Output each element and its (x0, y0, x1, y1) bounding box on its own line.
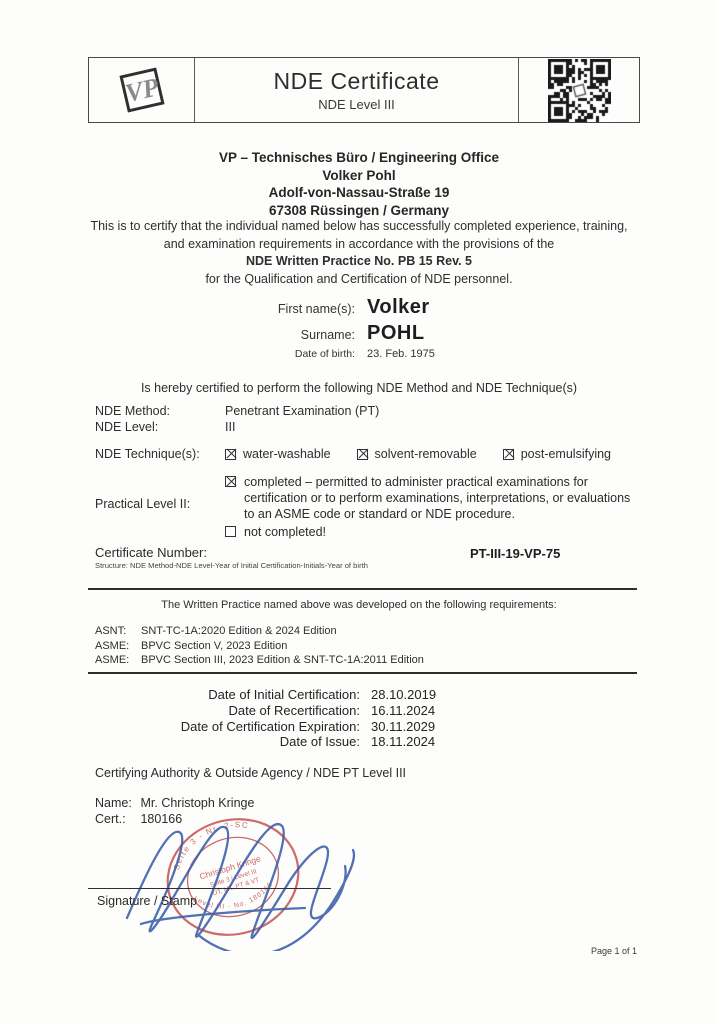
qr-code-icon (548, 59, 611, 122)
date-value: 18.11.2024 (371, 734, 435, 750)
requirement-row: ASME: BPVC Section V, 2023 Edition (95, 639, 424, 654)
practical-completed-item: completed – permitted to administer prac… (225, 474, 640, 522)
signature-line (88, 888, 331, 889)
practical-completed-text: completed – permitted to administer prac… (244, 474, 640, 522)
document-title: NDE Certificate (274, 68, 440, 95)
signature-stamp-label: Signature / Stamp (97, 894, 197, 908)
handwritten-signature (105, 806, 395, 951)
practical-not-completed-item: not completed! (225, 524, 640, 540)
nde-level-label: NDE Level: (95, 420, 225, 434)
certifying-authority-heading: Certifying Authority & Outside Agency / … (95, 766, 406, 780)
nde-level-value: III (225, 420, 235, 434)
date-label: Date of Issue: (0, 734, 360, 750)
first-name-label: First name(s): (0, 302, 355, 316)
issuer-line: Volker Pohl (0, 167, 718, 185)
dates-block: Date of Initial Certification: 28.10.201… (0, 687, 436, 750)
checkbox-icon (225, 476, 236, 487)
certificate-number-note: Structure: NDE Method-NDE Level-Year of … (95, 561, 368, 570)
issuer-address: VP – Technisches Büro / Engineering Offi… (0, 149, 718, 219)
date-value: 16.11.2024 (371, 703, 435, 719)
practical-level-label: Practical Level II: (95, 497, 190, 511)
date-label: Date of Initial Certification: (0, 687, 360, 703)
nde-technique-row: NDE Technique(s): water-washable solvent… (95, 447, 611, 461)
issuer-line: VP – Technisches Büro / Engineering Offi… (0, 149, 718, 167)
checkbox-icon (357, 449, 368, 460)
requirement-text: SNT-TC-1A:2020 Edition & 2024 Edition (141, 624, 337, 639)
date-initial-certification-row: Date of Initial Certification: 28.10.201… (0, 687, 436, 703)
certificate-number-label: Certificate Number: (95, 545, 207, 560)
vp-logo-icon: VP (116, 64, 168, 116)
first-name-row: First name(s): Volker (0, 296, 718, 319)
dob-row: Date of birth: 23. Feb. 1975 (0, 348, 718, 360)
dob-value: 23. Feb. 1975 (367, 348, 435, 360)
written-practice-ref: NDE Written Practice No. PB 15 Rev. 5 (0, 253, 718, 271)
nde-technique-label: NDE Technique(s): (95, 447, 225, 461)
technique-water-washable: water-washable (225, 447, 331, 461)
technique-solvent-removable: solvent-removable (357, 447, 477, 461)
certificate-number-value: PT-III-19-VP-75 (470, 546, 560, 561)
technique-label: solvent-removable (375, 447, 477, 461)
checkbox-icon (503, 449, 514, 460)
requirement-org: ASME: (95, 639, 141, 654)
requirement-text: BPVC Section III, 2023 Edition & SNT-TC-… (141, 653, 424, 668)
date-expiration-row: Date of Certification Expiration: 30.11.… (0, 719, 436, 735)
date-value: 30.11.2029 (371, 719, 435, 735)
date-label: Date of Certification Expiration: (0, 719, 360, 735)
divider-rule (88, 588, 637, 590)
requirement-row: ASME: BPVC Section III, 2023 Edition & S… (95, 653, 424, 668)
requirement-org: ASME: (95, 653, 141, 668)
certificate-page: VP NDE Certificate NDE Level III VP – Te… (0, 0, 718, 1024)
issuer-line: 67308 Rüssingen / Germany (0, 202, 718, 220)
nde-method-row: NDE Method: Penetrant Examination (PT) (95, 404, 379, 418)
certify-line: This is to certify that the individual n… (0, 218, 718, 236)
certificate-header: VP NDE Certificate NDE Level III (88, 57, 640, 123)
issuer-line: Adolf-von-Nassau-Straße 19 (0, 184, 718, 202)
certify-paragraph: This is to certify that the individual n… (0, 218, 718, 288)
nde-method-label: NDE Method: (95, 404, 225, 418)
surname-label: Surname: (0, 328, 355, 342)
date-recertification-row: Date of Recertification: 16.11.2024 (0, 703, 436, 719)
requirements-list: ASNT: SNT-TC-1A:2020 Edition & 2024 Edit… (95, 624, 424, 668)
date-label: Date of Recertification: (0, 703, 360, 719)
requirements-intro: The Written Practice named above was dev… (0, 599, 718, 611)
nde-method-value: Penetrant Examination (PT) (225, 404, 379, 418)
surname-row: Surname: POHL (0, 322, 718, 345)
qr-cell (519, 58, 639, 122)
page-number: Page 1 of 1 (591, 946, 637, 956)
surname-value: POHL (367, 322, 425, 345)
document-subtitle: NDE Level III (318, 97, 395, 112)
requirement-row: ASNT: SNT-TC-1A:2020 Edition & 2024 Edit… (95, 624, 424, 639)
title-cell: NDE Certificate NDE Level III (195, 58, 519, 122)
checkbox-icon (225, 526, 236, 537)
technique-post-emulsifying: post-emulsifying (503, 447, 611, 461)
first-name-value: Volker (367, 296, 430, 319)
checkbox-icon (225, 449, 236, 460)
certified-statement: Is hereby certified to perform the follo… (0, 381, 718, 395)
person-block: First name(s): Volker Surname: POHL Date… (0, 296, 718, 363)
technique-label: water-washable (243, 447, 331, 461)
date-issue-row: Date of Issue: 18.11.2024 (0, 734, 436, 750)
practical-level-block: completed – permitted to administer prac… (225, 474, 640, 540)
practical-not-completed-text: not completed! (244, 524, 326, 540)
dob-label: Date of birth: (0, 348, 355, 360)
technique-label: post-emulsifying (521, 447, 611, 461)
requirement-org: ASNT: (95, 624, 141, 639)
date-value: 28.10.2019 (371, 687, 436, 703)
requirement-text: BPVC Section V, 2023 Edition (141, 639, 287, 654)
logo-cell: VP (89, 58, 195, 122)
divider-rule (88, 672, 637, 674)
nde-level-row: NDE Level: III (95, 420, 235, 434)
certify-line: for the Qualification and Certification … (0, 271, 718, 289)
certify-line: and examination requirements in accordan… (0, 236, 718, 254)
